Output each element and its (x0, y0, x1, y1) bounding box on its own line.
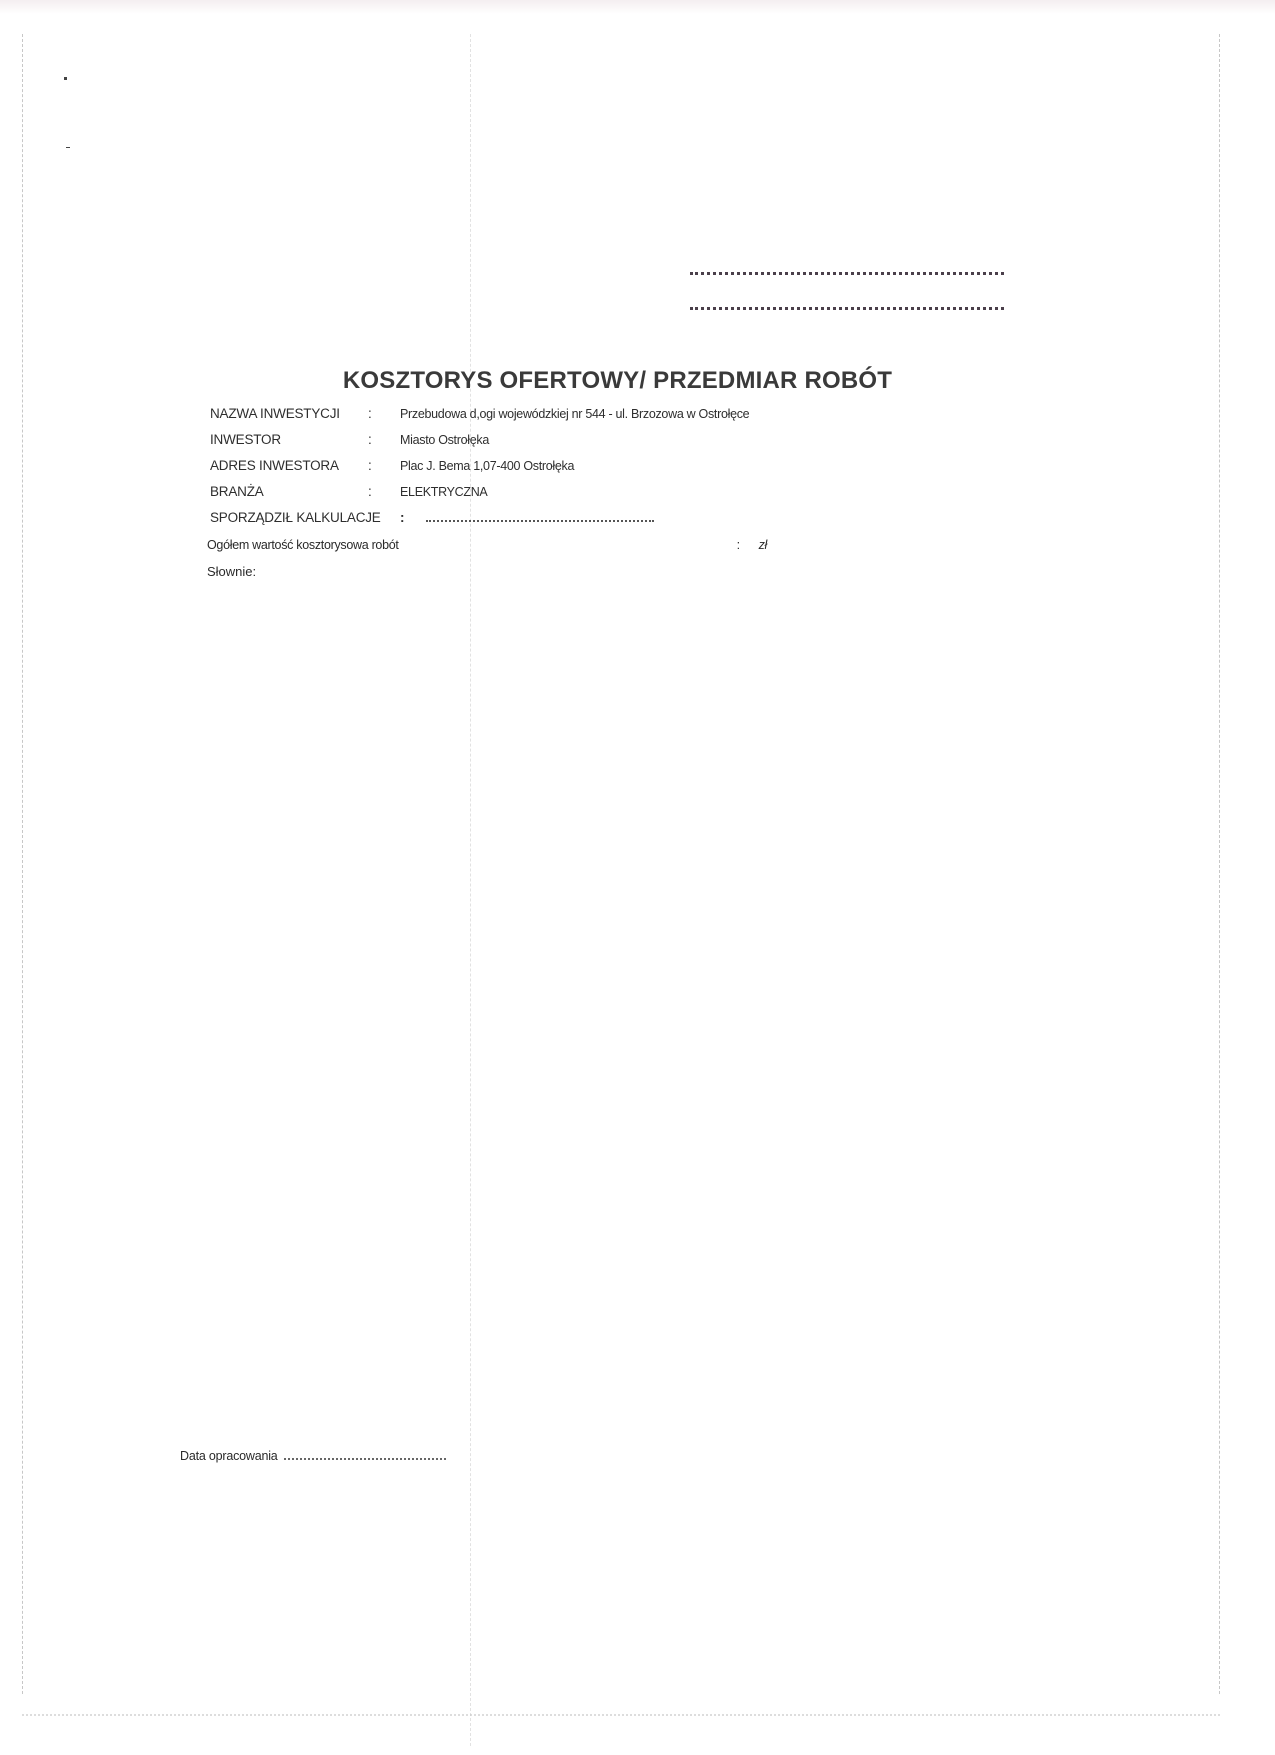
field-investment-name: NAZWA INWESTYCJI : Przebudowa d,ogi woje… (210, 406, 749, 432)
field-label: NAZWA INWESTYCJI (210, 406, 368, 421)
total-separator: : (737, 538, 759, 552)
field-label: INWESTOR (210, 432, 368, 447)
field-branch: BRANŻA : ELEKTRYCZNA (210, 484, 749, 510)
scan-fold-line-center (470, 34, 471, 1746)
document-title: KOSZTORYS OFERTOWY/ PRZEDMIAR ROBÓT (0, 367, 1235, 395)
total-currency: zł (759, 538, 767, 552)
field-separator: : (400, 510, 426, 525)
field-separator: : (368, 458, 400, 473)
signature-line (690, 297, 1004, 310)
signature-line (690, 262, 1004, 275)
in-words-label: Słownie: (207, 564, 256, 579)
scan-fold-line-right (1219, 34, 1220, 1694)
field-separator: : (368, 432, 400, 447)
scan-fold-line-left (22, 34, 23, 1694)
field-value: Plac J. Bema 1,07-400 Ostrołęka (400, 459, 574, 473)
field-value: ELEKTRYCZNA (400, 485, 487, 499)
field-separator: : (368, 406, 400, 421)
scan-perforation-bottom (22, 1714, 1220, 1716)
header-fields: NAZWA INWESTYCJI : Przebudowa d,ogi woje… (210, 406, 749, 536)
field-label: SPORZĄDZIŁ KALKULACJE (210, 510, 400, 525)
scan-speck (64, 77, 67, 80)
field-separator: : (368, 484, 400, 499)
field-label: ADRES INWESTORA (210, 458, 368, 473)
prepared-date-row: Data opracowania (180, 1449, 446, 1463)
total-value-row: Ogółem wartość kosztorysowa robót : zł (207, 538, 767, 552)
field-label: BRANŻA (210, 484, 368, 499)
field-investor-address: ADRES INWESTORA : Plac J. Bema 1,07-400 … (210, 458, 749, 484)
total-label: Ogółem wartość kosztorysowa robót (207, 538, 737, 552)
field-prepared-by: SPORZĄDZIŁ KALKULACJE : (210, 510, 749, 536)
prepared-date-label: Data opracowania (180, 1449, 278, 1463)
in-words-row: Słownie: (207, 564, 256, 579)
field-value: Przebudowa d,ogi wojewódzkiej nr 544 - u… (400, 407, 749, 421)
fill-in-dotted-line (284, 1452, 446, 1460)
scan-top-edge (0, 0, 1275, 14)
fill-in-dotted-line (426, 512, 654, 522)
scan-speck (66, 147, 70, 148)
field-value: Miasto Ostrołęka (400, 433, 489, 447)
document-title-text: KOSZTORYS OFERTOWY/ PRZEDMIAR ROBÓT (343, 367, 892, 394)
signature-area (690, 262, 1006, 332)
field-investor: INWESTOR : Miasto Ostrołęka (210, 432, 749, 458)
